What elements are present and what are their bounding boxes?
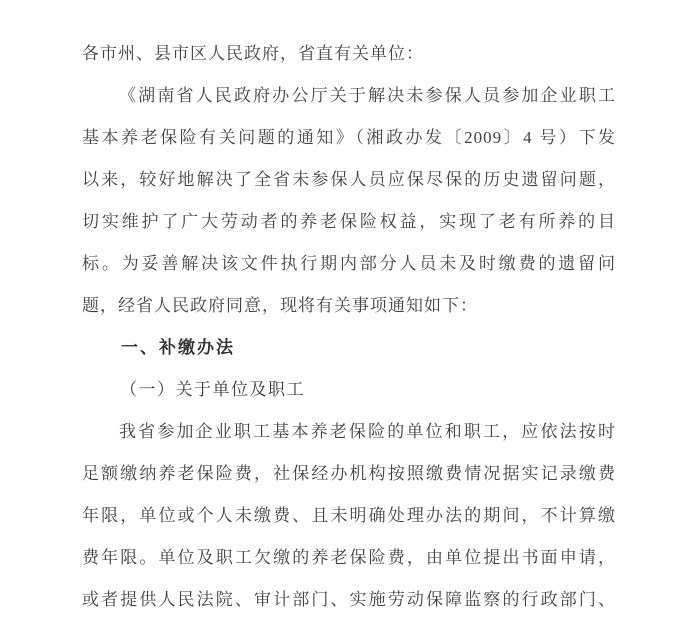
paragraph1-line-5: 标。为妥善解决该文件执行期内部分人员未及时缴费的遗留问: [82, 243, 616, 285]
paragraph2-line-3: 年限，单位或个人未缴费、且未明确处理办法的期间，不计算缴: [82, 495, 616, 537]
paragraph1-line-1: 《湖南省人民政府办公厅关于解决未参保人员参加企业职工: [82, 75, 616, 117]
addressee-line: 各市州、县市区人民政府，省直有关单位：: [82, 33, 616, 75]
paragraph1-line-2: 基本养老保险有关问题的通知》（湘政办发〔2009〕4 号）下发: [82, 117, 616, 159]
paragraph2-line-1: 我省参加企业职工基本养老保险的单位和职工，应依法按时: [82, 411, 616, 453]
paragraph2-line-4: 费年限。单位及职工欠缴的养老保险费，由单位提出书面申请，: [82, 537, 616, 579]
paragraph2-line-5: 或者提供人民法院、审计部门、实施劳动保障监察的行政部门、: [82, 579, 616, 618]
paragraph1-line-6: 题，经省人民政府同意，现将有关事项通知如下：: [82, 285, 616, 327]
section-heading: 一、补缴办法: [82, 327, 616, 369]
paragraph2-line-2: 足额缴纳养老保险费，社保经办机构按照缴费情况据实记录缴费: [82, 453, 616, 495]
subsection-heading: （一）关于单位及职工: [82, 369, 616, 411]
document-body: 各市州、县市区人民政府，省直有关单位： 《湖南省人民政府办公厅关于解决未参保人员…: [82, 33, 616, 618]
paragraph1-line-4: 切实维护了广大劳动者的养老保险权益，实现了老有所养的目: [82, 201, 616, 243]
paragraph1-line-3: 以来，较好地解决了全省未参保人员应保尽保的历史遗留问题，: [82, 159, 616, 201]
document-page: 各市州、县市区人民政府，省直有关单位： 《湖南省人民政府办公厅关于解决未参保人员…: [0, 0, 692, 618]
